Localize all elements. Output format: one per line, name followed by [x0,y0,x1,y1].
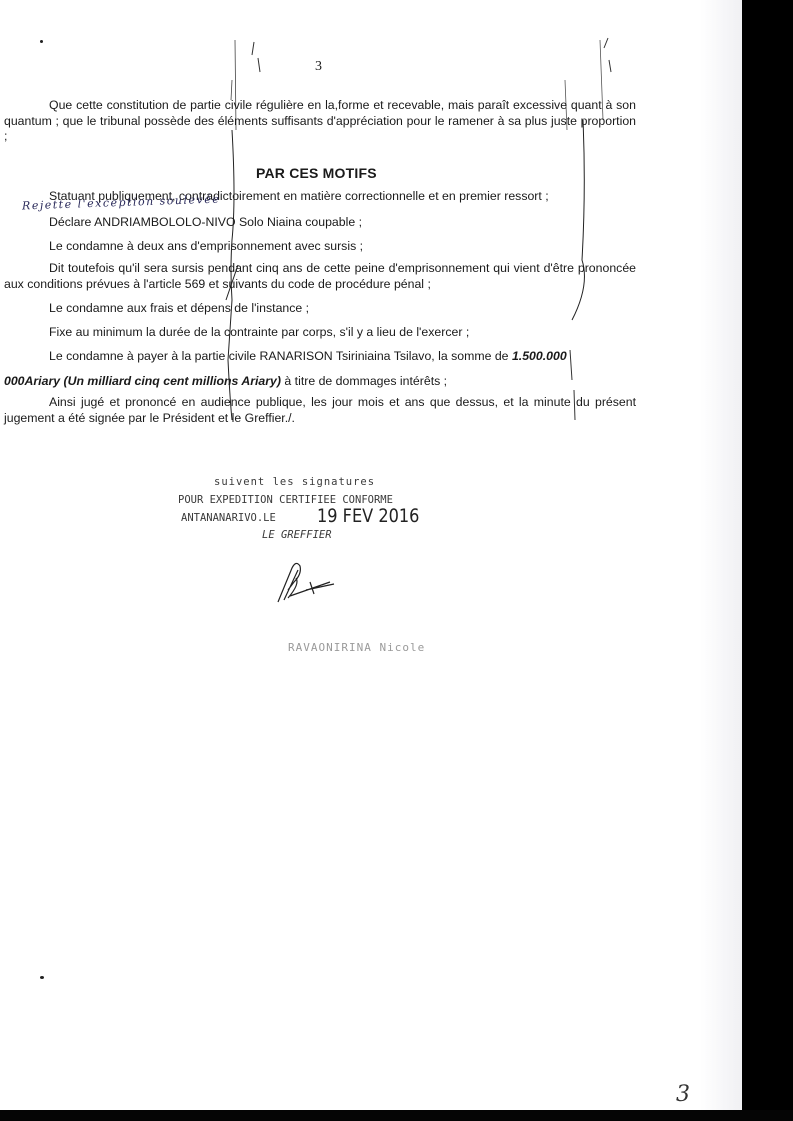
stamp-clerk-title: LE GREFFIER [262,529,332,541]
ruling-3: Le condamne à deux ans d'emprisonnement … [49,239,363,253]
stamp-date: 19 FEV 2016 [317,505,419,527]
damages-line-1: Le condamne à payer à la partie civile R… [49,349,567,363]
damages-amount-part2: 000Ariary (Un milliard cinq cent million… [4,374,281,388]
clerk-signature [270,560,350,605]
damages-line-2: 000Ariary (Un milliard cinq cent million… [4,374,447,388]
stamp-signatures-line: suivent les signatures [214,476,375,488]
scan-speck [40,40,43,43]
document-page: 3 Que cette constitution de partie civil… [0,0,742,1110]
damages-amount-part1: 1.500.000 [512,349,567,363]
damages-prefix: Le condamne à payer à la partie civile R… [49,349,512,363]
stamp-location-line: ANTANANARIVO.LE [181,512,276,524]
scan-border-right [742,0,793,1121]
ruling-4: Dit toutefois qu'il sera sursis pendant … [4,261,636,292]
intro-paragraph: Que cette constitution de partie civile … [4,98,636,145]
ruling-5: Le condamne aux frais et dépens de l'ins… [49,301,309,315]
handwritten-page-number: 3 [676,1082,690,1107]
scan-speck [40,976,44,979]
ruling-6: Fixe au minimum la durée de la contraint… [49,325,469,339]
section-heading: PAR CES MOTIFS [256,165,377,181]
damages-suffix: à titre de dommages intérêts ; [281,374,447,388]
closing-paragraph: Ainsi jugé et prononcé en audience publi… [4,395,636,426]
scan-border-bottom [0,1110,793,1121]
clerk-name-stamp: RAVAONIRINA Nicole [288,641,425,654]
ruling-2: Déclare ANDRIAMBOLOLO-NIVO Solo Niaina c… [49,215,362,229]
